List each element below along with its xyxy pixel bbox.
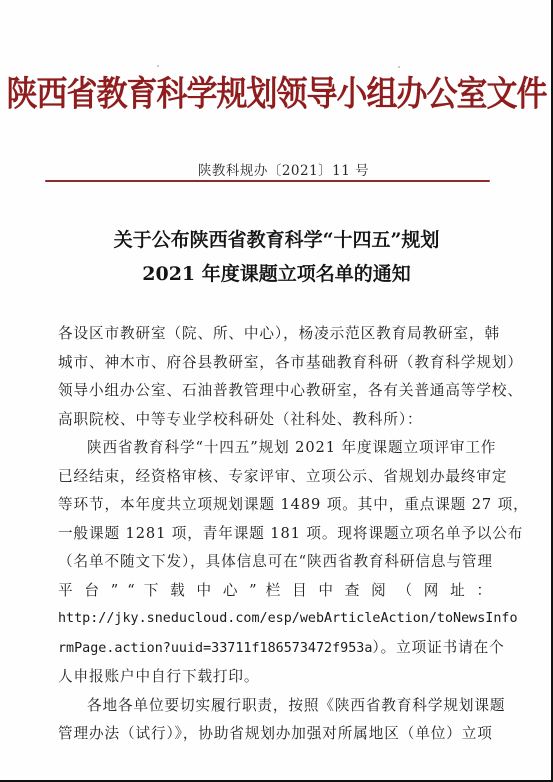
document-page: 陕西省教育科学规划领导小组办公室文件 陕教科规办〔2021〕11 号 关于公布陕… <box>0 0 553 782</box>
paragraph-line: 陕西省教育科学“十四五”规划 2021 年度课题立项评审工作 <box>58 434 492 463</box>
red-divider-rule <box>45 180 490 182</box>
document-number: 陕教科规办〔2021〕11 号 <box>0 159 553 179</box>
paragraph-line: 管理办法（试行）》，协助省规划办加强对所属地区（单位）立项 <box>58 720 492 749</box>
addressee-line: 各设区市教研室（院、所、中心），杨凌示范区教育局教研室，韩 <box>58 320 492 349</box>
platform-url-link[interactable]: http://jky.sneducloud.com/esp/webArticle… <box>58 605 492 634</box>
addressee-paragraph: 各设区市教研室（院、所、中心），杨凌示范区教育局教研室，韩 城市、神木市、府谷县… <box>58 320 492 434</box>
paragraph-line: （名单不随文下发），具体信息可在“陕西省教育科研信息与管理 <box>58 548 492 577</box>
notice-title-line-1: 关于公布陕西省教育科学“十四五”规划 <box>0 225 553 252</box>
paragraph-line: 人申报账户中自行下载打印。 <box>58 663 492 692</box>
certificate-note: ）。立项证书请在个 <box>372 639 504 656</box>
paragraph-line: 各地各单位要切实履行职责，按照《陕西省教育科学规划课题 <box>58 692 492 721</box>
addressee-line: 城市、神木市、府谷县教研室，各市基础教育科研（教育科学规划） <box>58 349 492 378</box>
platform-url-link-continued[interactable]: rmPage.action?uuid=33711f186573472f953a <box>58 641 372 656</box>
notice-title-line-2: 2021 年度课题立项名单的通知 <box>0 259 553 286</box>
url-continuation-line: rmPage.action?uuid=33711f186573472f953a）… <box>58 634 492 664</box>
addressee-line: 高职院校、中等专业学校科研处（社科处、教科所）： <box>58 406 492 435</box>
paragraph-line: 等环节，本年度共立项规划课题 1489 项。其中，重点课题 27 项， <box>58 491 492 520</box>
paragraph-responsibilities: 各地各单位要切实履行职责，按照《陕西省教育科学规划课题 管理办法（试行）》，协助… <box>58 692 492 749</box>
paragraph-line: 已经结束，经资格审核、专家评审、立项公示、省规划办最终审定 <box>58 463 492 492</box>
addressee-line: 领导小组办公室、石油普教管理中心教研室，各有关普通高等学校、 <box>58 377 492 406</box>
issuer-header: 陕西省教育科学规划领导小组办公室文件 <box>0 65 553 115</box>
paragraph-announcement: 陕西省教育科学“十四五”规划 2021 年度课题立项评审工作 已经结束，经资格审… <box>58 434 492 692</box>
paragraph-line: 平 台 ” “ 下 载 中 心 ” 栏 目 中 查 阅 （ 网 址 ： <box>58 577 492 606</box>
notice-body: 各设区市教研室（院、所、中心），杨凌示范区教育局教研室，韩 城市、神木市、府谷县… <box>58 320 492 749</box>
paragraph-line: 一般课题 1281 项，青年课题 181 项。现将课题立项名单予以公布 <box>58 520 492 549</box>
